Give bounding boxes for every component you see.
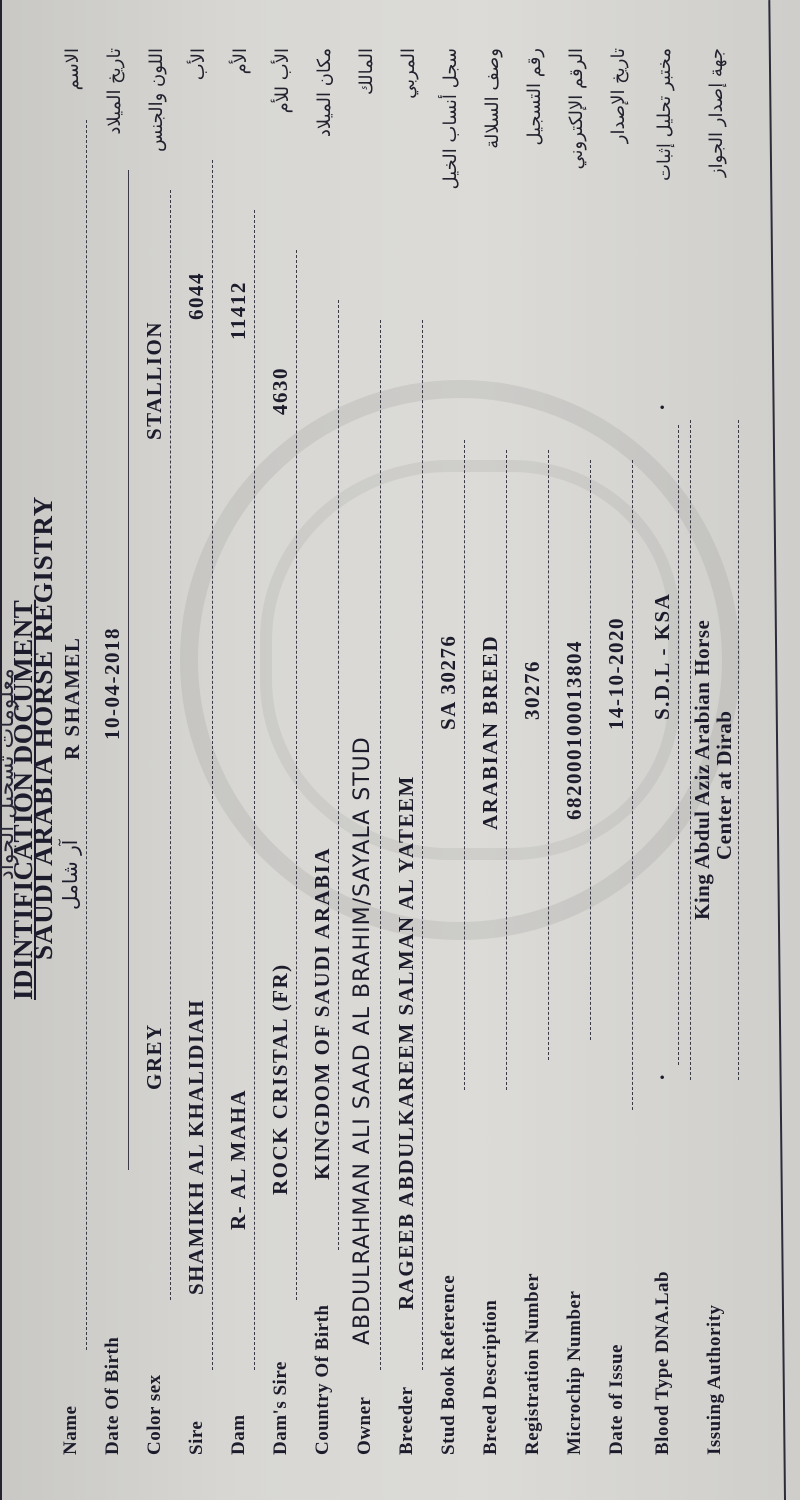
separator-dot: . <box>644 1075 670 1081</box>
separator-dot: . <box>644 405 670 411</box>
field-label: Date Of Birth <box>102 1337 124 1455</box>
field-value: SHAMIKH AL KHALIDIAH <box>184 999 209 1295</box>
field-value: GREY <box>142 1023 167 1090</box>
field-line <box>738 420 739 1080</box>
field-label-arabic: المالك <box>356 48 377 95</box>
field-label-arabic: الأب <box>188 48 209 80</box>
field-value: ABDULRAHMAN ALI SAAD AL BRAHIM/SAYALA ST… <box>350 736 375 1345</box>
field-label-arabic: مكان الميلاد <box>314 48 335 137</box>
field-row-breed-description: Breed Description ARABIAN BREED وصف السل… <box>472 0 514 1500</box>
field-label: Country Of Birth <box>312 1305 334 1456</box>
field-label-arabic: اللون والجنس <box>146 48 167 152</box>
field-label-arabic: المربي <box>398 48 419 99</box>
field-line <box>590 460 591 1040</box>
field-line <box>422 320 423 1370</box>
field-value: 682000100013804 <box>562 640 587 820</box>
field-label: Color sex <box>144 1374 166 1455</box>
field-line <box>212 160 213 1370</box>
field-line <box>128 170 129 1170</box>
field-label: Breeder <box>396 1386 418 1455</box>
field-line <box>338 300 339 1250</box>
field-label-arabic: الرقم الإلكتروني <box>566 48 587 169</box>
field-value: RAGEEB ABDULKAREEM SALMAN AL YATEEM <box>394 775 419 1310</box>
field-value: 30276 <box>520 660 545 720</box>
field-label: Name <box>60 1406 82 1455</box>
field-row-color-sex: Color sex GREY STALLION اللون والجنس <box>136 0 178 1500</box>
field-value-arabic: آر شامل <box>58 840 82 910</box>
field-row-sire: Sire SHAMIKH AL KHALIDIAH 6044 الأب <box>178 0 220 1500</box>
field-row-stud-book-reference: Stud Book Reference SA 30276 سجل أنساب ا… <box>430 0 472 1500</box>
field-row-name: Name R SHAMEL آر شامل الاسم <box>52 0 94 1500</box>
field-value: SA 30276 <box>436 635 461 730</box>
field-row-dams-sire: Dam's Sire ROCK CRISTAL (FR) 4630 الأب ل… <box>262 0 304 1500</box>
field-value-2: 11412 <box>226 281 251 340</box>
field-line <box>548 450 549 1060</box>
field-label: Dam's Sire <box>270 1361 292 1455</box>
field-row-dam: Dam R- AL MAHA 11412 الأم <box>220 0 262 1500</box>
field-row-country-of-birth: Country Of Birth KINGDOM OF SAUDI ARABIA… <box>304 0 346 1500</box>
field-label: Registration Number <box>522 1273 544 1455</box>
horse-identification-document: معلومات تسجيل الجواد IDINTIFICATION DOCU… <box>0 0 800 1500</box>
field-line <box>464 440 465 1090</box>
field-label-arabic: الأم <box>230 48 251 74</box>
field-line <box>506 450 507 1090</box>
field-label: Issuing Authority <box>704 1304 726 1455</box>
field-value: ARABIAN BREED <box>478 635 503 830</box>
field-row-microchip-number: Microchip Number 682000100013804 الرقم ا… <box>556 0 598 1500</box>
field-value: ROCK CRISTAL (FR) <box>268 963 293 1195</box>
field-label-arabic: جهة إصدار الجواز <box>706 48 727 177</box>
field-value: 14-10-2020 <box>604 617 629 730</box>
field-row-date-of-birth: Date Of Birth 10-04-2018 تاريخ الميلاد <box>94 0 136 1500</box>
field-row-blood-type-dna-lab: Blood Type DNA.Lab . . S.D.L - KSA مختبر… <box>644 0 686 1500</box>
field-row-date-of-issue: Date of Issue 14-10-2020 تاريخ الإصدار <box>598 0 640 1500</box>
field-label-arabic: الأب للأم <box>272 48 293 113</box>
field-label-arabic: وصف السلالة <box>482 48 503 149</box>
field-label-arabic: رقم التسجيل <box>524 48 545 146</box>
field-line <box>678 425 679 1065</box>
field-line <box>170 190 171 1300</box>
field-label: Microchip Number <box>564 1291 586 1455</box>
field-row-breeder: Breeder RAGEEB ABDULKAREEM SALMAN AL YAT… <box>388 0 430 1500</box>
field-line <box>632 460 633 1110</box>
field-label: Sire <box>186 1421 208 1455</box>
field-label: Breed Description <box>480 1300 502 1455</box>
field-value: S.D.L - KSA <box>650 593 675 720</box>
field-line <box>296 250 297 1300</box>
field-line <box>254 210 255 1370</box>
field-value-2: STALLION <box>142 321 167 440</box>
document-bottom-edge <box>768 0 786 1500</box>
field-label: Date of Issue <box>606 1344 628 1455</box>
field-label: Dam <box>228 1414 250 1455</box>
field-line <box>380 320 381 1370</box>
field-value: 10-04-2018 <box>100 627 125 740</box>
field-label-arabic: تاريخ الإصدار <box>608 48 629 143</box>
field-label: Blood Type DNA.Lab <box>652 1271 674 1455</box>
field-label-arabic: مختبر تحليل إثبات <box>654 48 675 181</box>
field-value-2: 6044 <box>184 272 209 320</box>
field-label: Owner <box>354 1397 376 1455</box>
field-value: R- AL MAHA <box>226 1089 251 1230</box>
field-row-issuing-authority: Issuing Authority King Abdul Aziz Arabia… <box>690 0 760 1500</box>
field-label-arabic: تاريخ الميلاد <box>104 48 125 135</box>
field-value-2: 4630 <box>268 367 293 415</box>
field-label-arabic: الاسم <box>62 48 83 90</box>
field-row-owner: Owner ABDULRAHMAN ALI SAAD AL BRAHIM/SAY… <box>346 0 388 1500</box>
field-value: R SHAMEL <box>60 637 85 760</box>
field-line-top <box>690 420 691 1080</box>
field-label-arabic: سجل أنساب الخيل <box>440 48 461 189</box>
field-row-registration-number: Registration Number 30276 رقم التسجيل <box>514 0 556 1500</box>
field-label: Stud Book Reference <box>438 1275 460 1455</box>
field-value-line2: Center at Dirab <box>712 711 737 860</box>
field-line <box>86 120 87 1350</box>
field-value: KINGDOM OF SAUDI ARABIA <box>310 847 335 1180</box>
